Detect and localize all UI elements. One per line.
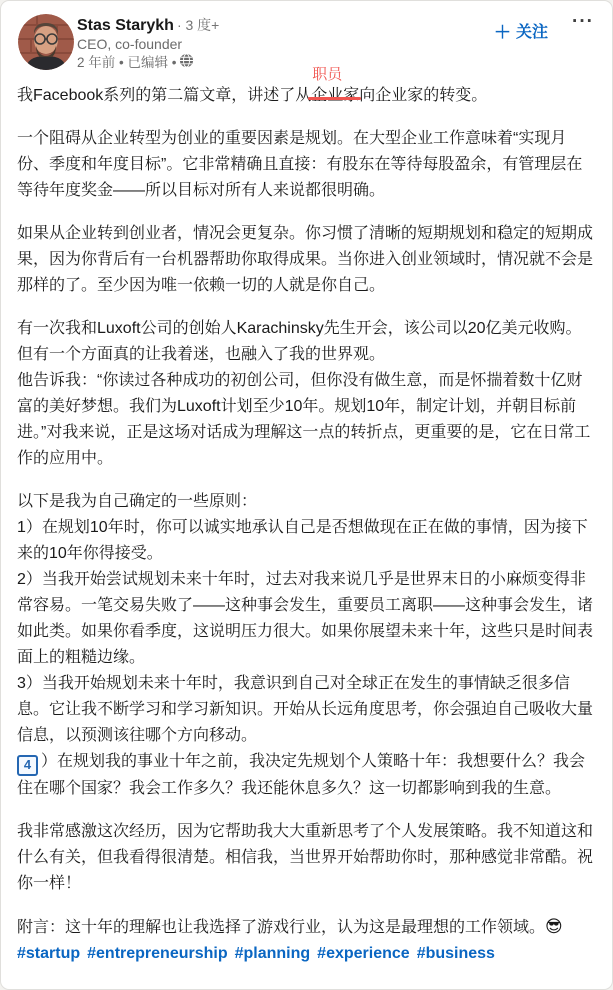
- number-4-badge-icon: 4: [17, 755, 38, 776]
- hashtag-experience[interactable]: #experience: [317, 945, 410, 962]
- corrected-term: 职员企业家: [311, 83, 359, 109]
- paragraph-principles-1-3: 以下是我为自己确定的一些原则： 1）在规划10年时，你可以诚实地承认自己是否想做…: [17, 489, 596, 749]
- author-name[interactable]: Stas Starykh: [77, 17, 174, 34]
- plus-icon: ＋: [494, 18, 511, 43]
- globe-icon: [179, 53, 194, 73]
- hashtag-business[interactable]: #business: [417, 945, 495, 962]
- strikethrough-text: 企业家: [311, 83, 359, 109]
- principle-4-text: ）在规划我的事业十年之前，我决定先规划个人策略十年：我想要什么？我会住在哪个国家…: [17, 753, 585, 797]
- paragraph-postscript: 附言：这十年的理解也让我选择了游戏行业，认为这是最理想的工作领域。😎: [17, 914, 596, 941]
- ellipsis-icon: ···: [572, 11, 594, 32]
- paragraph-intro: 我Facebook系列的第二篇文章，讲述了从职员企业家向企业家的转变。: [17, 83, 596, 109]
- paragraph-gratitude: 我非常感激这次经历，因为它帮助我大大重新思考了个人发展策略。我不知道这和什么有关…: [17, 819, 596, 897]
- avatar-image: [18, 14, 74, 70]
- paragraph-planning-factor: 一个阻碍从企业转型为创业的重要因素是规划。在大型企业工作意味着“实现月份、季度和…: [17, 126, 596, 204]
- intro-text-after: 向企业家的转变。: [359, 87, 487, 104]
- intro-text-before: 我Facebook系列的第二篇文章，讲述了从: [17, 87, 311, 104]
- more-options-button[interactable]: ···: [568, 7, 598, 37]
- post-card: Stas Starykh· 3 度+ CEO, co-founder 2 年前 …: [0, 0, 613, 990]
- hashtag-row: #startup#entrepreneurship#planning#exper…: [17, 941, 596, 967]
- follow-button[interactable]: ＋关注: [488, 14, 554, 47]
- connection-degree: · 3 度+: [177, 17, 219, 33]
- hashtag-startup[interactable]: #startup: [17, 945, 80, 962]
- correction-annotation: 职员: [312, 67, 342, 82]
- follow-label: 关注: [516, 19, 548, 42]
- post-body: 我Facebook系列的第二篇文章，讲述了从职员企业家向企业家的转变。 一个阻碍…: [1, 71, 612, 967]
- avatar[interactable]: [18, 14, 74, 70]
- paragraph-principle-4: 4）在规划我的事业十年之前，我决定先规划个人策略十年：我想要什么？我会住在哪个国…: [17, 749, 596, 802]
- hashtag-planning[interactable]: #planning: [235, 945, 311, 962]
- post-timestamp: 2 年前 • 已编辑 •: [77, 54, 176, 72]
- post-header: Stas Starykh· 3 度+ CEO, co-founder 2 年前 …: [1, 1, 612, 71]
- sunglasses-emoji: 😎: [545, 917, 563, 936]
- paragraph-luxoft-story: 有一次我和Luxoft公司的创始人Karachinsky先生开会，该公司以20亿…: [17, 316, 596, 472]
- hashtag-entrepreneurship[interactable]: #entrepreneurship: [87, 945, 227, 962]
- postscript-text: 附言：这十年的理解也让我选择了游戏行业，认为这是最理想的工作领域。: [17, 919, 545, 936]
- paragraph-complexity: 如果从企业转到创业者，情况会更复杂。你习惯了清晰的短期规划和稳定的短期成果，因为…: [17, 221, 596, 299]
